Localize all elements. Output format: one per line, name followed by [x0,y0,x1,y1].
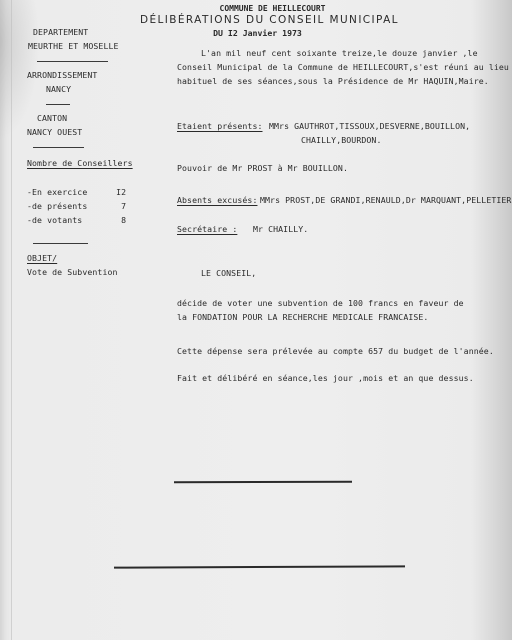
decision-line-1: décide de voter une subvention de 100 fr… [177,298,464,308]
fait-text: Fait et délibéré en séance,les jour ,moi… [177,373,474,383]
divider [33,243,88,244]
count-value-votants: 8 [106,215,126,225]
objet-label: OBJET/ [27,253,57,263]
arrondissement-label: ARRONDISSEMENT [27,70,97,80]
paper-fold-line [11,0,12,640]
canton-value: NANCY OUEST [27,127,82,137]
signature-line-lower [114,565,405,568]
secretaire-value: Mr CHAILLY. [253,224,308,234]
arrondissement-value: NANCY [46,84,71,94]
document-title: DÉLIBÉRATIONS DU CONSEIL MUNICIPAL [140,14,370,26]
absents-label: Absents excusés: [177,195,257,205]
presents-line-1: MMrs GAUTHROT,TISSOUX,DESVERNE,BOUILLON, [269,121,470,131]
divider [46,104,70,105]
objet-value: Vote de Subvention [27,267,118,277]
signature-line-upper [174,481,352,483]
count-label-votants: -de votants [27,215,82,225]
divider [33,147,84,148]
commune-name: COMMUNE DE HEILLECOURT [190,4,355,13]
conseil-heading: LE CONSEIL, [201,268,256,278]
pouvoir-text: Pouvoir de Mr PROST à Mr BOUILLON. [177,163,348,173]
presents-label: Etaient présents: [177,121,263,131]
count-value-presents: 7 [106,201,126,211]
secretaire-label: Secrétaire : [177,224,237,234]
decision-line-2: la FONDATION POUR LA RECHERCHE MEDICALE … [177,312,428,322]
count-label-presents: -de présents [27,201,87,211]
divider [37,61,108,62]
intro-line-2: Conseil Municipal de la Commune de HEILL… [177,62,509,72]
count-value-exercice: I2 [106,187,126,197]
canton-label: CANTON [37,113,67,123]
intro-line-1: L'an mil neuf cent soixante treize,le do… [201,48,478,58]
conseillers-heading: Nombre de Conseillers [27,158,133,168]
session-date: DU I2 Janvier 1973 [210,28,305,38]
count-label-exercice: -En exercice [27,187,87,197]
presents-line-2: CHAILLY,BOURDON. [301,135,381,145]
departement-value: MEURTHE ET MOSELLE [28,41,119,51]
departement-label: DEPARTEMENT [33,27,88,37]
absents-value: MMrs PROST,DE GRANDI,RENAULD,Dr MARQUANT… [260,195,512,205]
depense-text: Cette dépense sera prélevée au compte 65… [177,346,494,356]
intro-line-3: habituel de ses séances,sous la Présiden… [177,76,489,86]
